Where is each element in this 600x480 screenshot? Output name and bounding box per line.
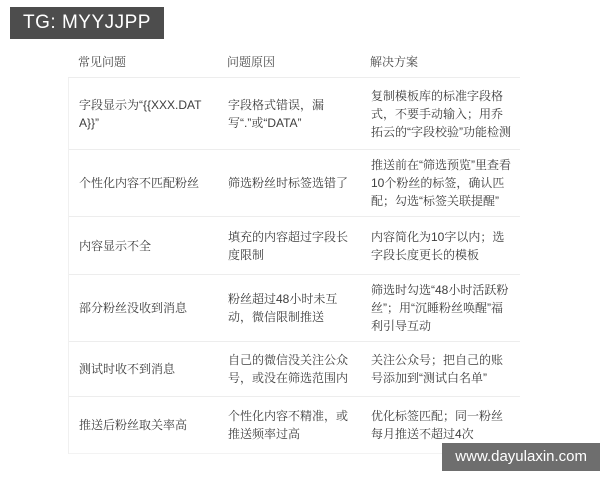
problem-cell: 内容显示不全 <box>69 231 218 261</box>
column-header-problem: 常见问题 <box>68 53 217 70</box>
table-header-row: 常见问题 问题原因 解决方案 <box>68 45 520 78</box>
cause-cell: 粉丝超过48小时未互动，微信限制推送 <box>218 284 361 332</box>
problem-cell: 推送后粉丝取关率高 <box>69 410 218 440</box>
solution-cell: 推送前在“筛选预览”里查看10个粉丝的标签，确认匹配；勾选“标签关联提醒” <box>361 150 521 216</box>
cause-cell: 自己的微信没关注公众号，或没在筛选范围内 <box>218 345 361 393</box>
problem-cell: 字段显示为“{{XXX.DATA}}” <box>69 90 218 138</box>
table-body: 字段显示为“{{XXX.DATA}}” 字段格式错误，漏写“.”或“DATA” … <box>68 78 520 454</box>
solution-cell: 复制模板库的标准字段格式，不要手动输入；用乔拓云的“字段校验”功能检测 <box>361 81 521 147</box>
problem-cell: 个性化内容不匹配粉丝 <box>69 168 218 198</box>
website-watermark: www.dayulaxin.com <box>442 443 600 471</box>
table-row: 个性化内容不匹配粉丝 筛选粉丝时标签选错了 推送前在“筛选预览”里查看10个粉丝… <box>69 150 520 217</box>
cause-cell: 筛选粉丝时标签选错了 <box>218 168 361 198</box>
problem-cell: 部分粉丝没收到消息 <box>69 293 218 323</box>
telegram-handle-badge: TG: MYYJJPP <box>10 7 164 39</box>
column-header-cause: 问题原因 <box>217 53 360 70</box>
solution-cell: 关注公众号；把自己的账号添加到“测试白名单” <box>361 345 521 393</box>
table-row: 内容显示不全 填充的内容超过字段长度限制 内容简化为10字以内；选字段长度更长的… <box>69 217 520 275</box>
column-header-solution: 解决方案 <box>360 53 520 70</box>
solution-cell: 内容简化为10字以内；选字段长度更长的模板 <box>361 222 521 270</box>
table-row: 部分粉丝没收到消息 粉丝超过48小时未互动，微信限制推送 筛选时勾选“48小时活… <box>69 275 520 342</box>
table-row: 字段显示为“{{XXX.DATA}}” 字段格式错误，漏写“.”或“DATA” … <box>69 78 520 150</box>
solution-cell: 筛选时勾选“48小时活跃粉丝”；用“沉睡粉丝唤醒”福利引导互动 <box>361 275 521 341</box>
faq-table: 常见问题 问题原因 解决方案 字段显示为“{{XXX.DATA}}” 字段格式错… <box>68 45 520 454</box>
table-row: 测试时收不到消息 自己的微信没关注公众号，或没在筛选范围内 关注公众号；把自己的… <box>69 342 520 397</box>
cause-cell: 填充的内容超过字段长度限制 <box>218 222 361 270</box>
cause-cell: 字段格式错误，漏写“.”或“DATA” <box>218 90 361 138</box>
solution-cell: 优化标签匹配；同一粉丝每月推送不超过4次 <box>361 401 521 449</box>
problem-cell: 测试时收不到消息 <box>69 354 218 384</box>
cause-cell: 个性化内容不精准，或推送频率过高 <box>218 401 361 449</box>
page: TG: MYYJJPP 常见问题 问题原因 解决方案 字段显示为“{{XXX.D… <box>0 0 600 480</box>
